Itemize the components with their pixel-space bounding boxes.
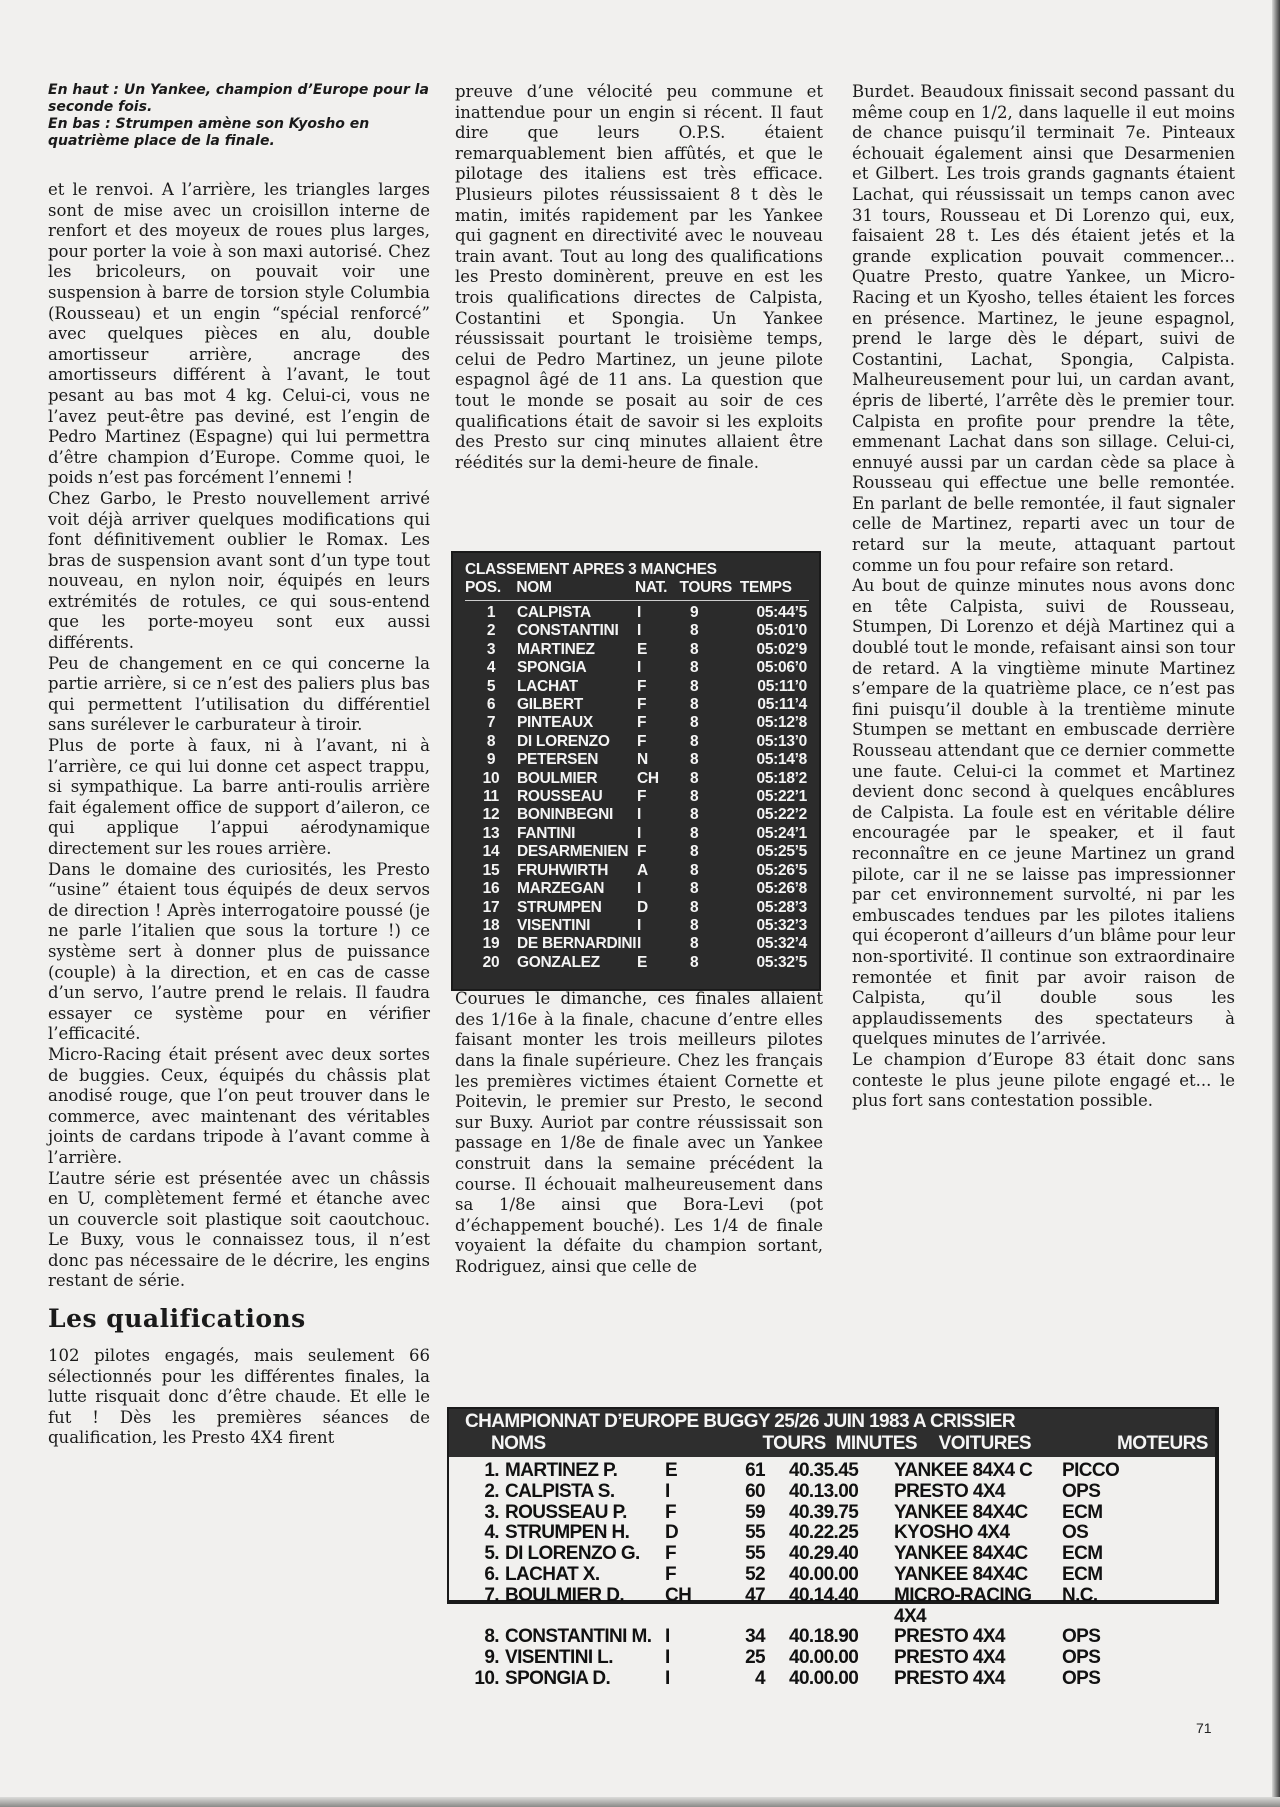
cell-rank: 10. (449, 1669, 505, 1690)
cell-moteur: PICCO (1062, 1461, 1142, 1482)
cell-moteur: OPS (1062, 1627, 1142, 1648)
cell-nat: CH (665, 1586, 715, 1628)
cell-minutes: 40.35.45 (789, 1461, 894, 1482)
cell-moteur: ECM (1062, 1565, 1142, 1586)
cell-minutes: 40.13.00 (789, 1482, 894, 1503)
cell-pos: 4 (465, 659, 517, 677)
cell-temps: 05:32’5 (737, 954, 807, 972)
cell-nat: E (637, 641, 682, 659)
cell-temps: 05:14’8 (737, 751, 807, 769)
cell-nom: MARTINEZ P. (505, 1461, 665, 1482)
cell-minutes: 40.00.00 (789, 1648, 894, 1669)
cell-temps: 05:12’8 (737, 714, 807, 732)
cell-voiture: YANKEE 84X4C (894, 1544, 1062, 1565)
cell-nat: F (637, 678, 682, 696)
cell-nom: PINTEAUX (517, 714, 637, 732)
cell-rank: 3. (449, 1503, 505, 1524)
cell-pos: 19 (465, 935, 517, 953)
cell-tours: 60 (715, 1482, 789, 1503)
cell-tours: 8 (682, 751, 737, 769)
cell-moteur: ECM (1062, 1544, 1142, 1565)
header-tours: TOURS (729, 1433, 836, 1455)
cell-tours: 8 (682, 641, 737, 659)
cell-temps: 05:26’5 (737, 862, 807, 880)
cell-minutes: 40.14.40 (789, 1586, 894, 1628)
header-minutes: MINUTES (836, 1433, 931, 1455)
cell-minutes: 40.00.00 (789, 1565, 894, 1586)
cell-nat: I (637, 806, 682, 824)
cell-nat: F (637, 843, 682, 861)
cell-nat: A (637, 862, 682, 880)
cell-nom: ROUSSEAU P. (505, 1503, 665, 1524)
cell-pos: 17 (465, 899, 517, 917)
cell-temps: 05:02’9 (737, 641, 807, 659)
photo-caption: En haut : Un Yankee, champion d’Europe p… (48, 82, 430, 150)
table-row: 11ROUSSEAUF805:22’1 (465, 788, 809, 806)
table-row: 4SPONGIAI805:06’0 (465, 659, 809, 677)
cell-nat: E (637, 954, 682, 972)
table-title: CHAMPIONNAT D’EUROPE BUGGY 25/26 JUIN 19… (465, 1411, 1207, 1433)
table-row: 3.ROUSSEAU P.F5940.39.75YANKEE 84X4CECM (449, 1503, 1215, 1524)
cell-nom: CONSTANTINI (517, 622, 637, 640)
cell-pos: 1 (465, 604, 517, 622)
cell-nat: F (637, 788, 682, 806)
cell-nom: CALPISTA S. (505, 1482, 665, 1503)
cell-tours: 34 (715, 1627, 789, 1648)
cell-temps: 05:32’4 (737, 935, 807, 953)
cell-temps: 05:11’4 (737, 696, 807, 714)
cell-nat: F (665, 1565, 715, 1586)
table-row: 19DE BERNARDINII805:32’4 (465, 935, 809, 953)
article-column-3: Burdet. Beaudoux finissait second passan… (852, 82, 1235, 1112)
cell-pos: 7 (465, 714, 517, 732)
table-row: 4.STRUMPEN H.D5540.22.25KYOSHO 4X4OS (449, 1523, 1215, 1544)
cell-minutes: 40.18.90 (789, 1627, 894, 1648)
table-title: CLASSEMENT APRES 3 MANCHES (465, 561, 809, 579)
cell-nom: LACHAT X. (505, 1565, 665, 1586)
paragraph: Micro-Racing était présent avec deux sor… (48, 1045, 430, 1169)
cell-temps: 05:13’0 (737, 733, 807, 751)
cell-temps: 05:06’0 (737, 659, 807, 677)
table-row: 8.CONSTANTINI M.I3440.18.90PRESTO 4X4OPS (449, 1627, 1215, 1648)
cell-tours: 8 (682, 917, 737, 935)
cell-nat: F (665, 1503, 715, 1524)
table-row: 5LACHATF805:11’0 (465, 678, 809, 696)
cell-rank: 4. (449, 1523, 505, 1544)
cell-tours: 8 (682, 843, 737, 861)
cell-pos: 14 (465, 843, 517, 861)
page-number: 71 (1196, 1720, 1212, 1736)
cell-tours: 8 (682, 733, 737, 751)
table-row: 12BONINBEGNII805:22’2 (465, 806, 809, 824)
cell-voiture: YANKEE 84X4C (894, 1503, 1062, 1524)
paragraph: preuve d’une vélocité peu commune et ina… (455, 82, 823, 473)
table-header-row: POS. NOM NAT. TOURS TEMPS (465, 579, 809, 601)
cell-moteur: OPS (1062, 1669, 1142, 1690)
cell-temps: 05:24’1 (737, 825, 807, 843)
cell-temps: 05:32’3 (737, 917, 807, 935)
table-body: 1.MARTINEZ P.E6140.35.45YANKEE 84X4 CPIC… (449, 1457, 1215, 1690)
cell-temps: 05:22’2 (737, 806, 807, 824)
paragraph: 102 pilotes engagés, mais seulement 66 s… (48, 1346, 430, 1449)
cell-tours: 8 (682, 696, 737, 714)
cell-tours: 4 (715, 1669, 789, 1690)
cell-nom: ROUSSEAU (517, 788, 637, 806)
cell-temps: 05:01’0 (737, 622, 807, 640)
paragraph: Burdet. Beaudoux finissait second passan… (852, 82, 1235, 576)
table-row: 10.SPONGIA D.I440.00.00PRESTO 4X4OPS (449, 1669, 1215, 1690)
cell-temps: 05:44’5 (737, 604, 807, 622)
section-heading-qualifications: Les qualifications (48, 1304, 430, 1334)
cell-voiture: PRESTO 4X4 (894, 1627, 1062, 1648)
cell-tours: 55 (715, 1523, 789, 1544)
paragraph: et le renvoi. A l’arrière, les triangles… (48, 180, 430, 489)
cell-voiture: KYOSHO 4X4 (894, 1523, 1062, 1544)
cell-tours: 8 (682, 862, 737, 880)
table-row: 7PINTEAUXF805:12’8 (465, 714, 809, 732)
paragraph: Plus de porte à faux, ni à l’avant, ni à… (48, 736, 430, 860)
cell-pos: 18 (465, 917, 517, 935)
table-row: 14DESARMENIENF805:25’5 (465, 843, 809, 861)
paragraph: Dans le domaine des curiosités, les Pres… (48, 860, 430, 1045)
cell-pos: 13 (465, 825, 517, 843)
cell-tours: 8 (682, 935, 737, 953)
table-row: 1CALPISTAI905:44’5 (465, 604, 809, 622)
cell-nom: CONSTANTINI M. (505, 1627, 665, 1648)
paragraph: Le champion d’Europe 83 était donc sans … (852, 1050, 1235, 1112)
table-header-row: NOMS TOURS MINUTES VOITURES MOTEURS (465, 1433, 1207, 1455)
table-row: 20GONZALEZE805:32’5 (465, 954, 809, 972)
cell-nom: MARZEGAN (517, 880, 637, 898)
cell-pos: 20 (465, 954, 517, 972)
cell-nom: DI LORENZO (517, 733, 637, 751)
paragraph: Chez Garbo, le Presto nouvellement arriv… (48, 489, 430, 654)
table-row: 7.BOULMIER D.CH4740.14.40MICRO-RACING 4X… (449, 1586, 1215, 1628)
header-temps: TEMPS (734, 579, 809, 597)
cell-nat: F (637, 696, 682, 714)
cell-rank: 5. (449, 1544, 505, 1565)
cell-temps: 05:26’8 (737, 880, 807, 898)
cell-pos: 11 (465, 788, 517, 806)
cell-pos: 15 (465, 862, 517, 880)
table-row: 15FRUHWIRTHA805:26’5 (465, 862, 809, 880)
cell-tours: 9 (682, 604, 737, 622)
paragraph: Au bout de quinze minutes nous avons don… (852, 576, 1235, 1050)
cell-nat: I (637, 880, 682, 898)
cell-nat: F (637, 714, 682, 732)
cell-moteur: ECM (1062, 1503, 1142, 1524)
cell-nat: I (637, 935, 682, 953)
cell-nom: GONZALEZ (517, 954, 637, 972)
qualification-standings-table: CLASSEMENT APRES 3 MANCHES POS. NOM NAT.… (451, 551, 821, 991)
cell-pos: 8 (465, 733, 517, 751)
cell-pos: 9 (465, 751, 517, 769)
cell-nom: PETERSEN (517, 751, 637, 769)
cell-voiture: PRESTO 4X4 (894, 1648, 1062, 1669)
cell-nom: FRUHWIRTH (517, 862, 637, 880)
cell-nom: FANTINI (517, 825, 637, 843)
cell-tours: 8 (682, 622, 737, 640)
table-row: 3MARTINEZE805:02’9 (465, 641, 809, 659)
cell-tours: 8 (682, 788, 737, 806)
cell-nom: DESARMENIEN (517, 843, 637, 861)
table-row: 9.VISENTINI L.I2540.00.00PRESTO 4X4OPS (449, 1648, 1215, 1669)
cell-nat: F (637, 733, 682, 751)
cell-nat: I (637, 604, 682, 622)
cell-nom: CALPISTA (517, 604, 637, 622)
cell-pos: 16 (465, 880, 517, 898)
cell-temps: 05:18’2 (737, 770, 807, 788)
caption-bottom: En bas : Strumpen amène son Kyosho en qu… (48, 116, 369, 149)
table-row: 18VISENTINII805:32’3 (465, 917, 809, 935)
table-row: 2.CALPISTA S.I6040.13.00PRESTO 4X4OPS (449, 1482, 1215, 1503)
cell-minutes: 40.39.75 (789, 1503, 894, 1524)
cell-tours: 47 (715, 1586, 789, 1628)
cell-tours: 55 (715, 1544, 789, 1565)
cell-nat: N (637, 751, 682, 769)
cell-tours: 8 (682, 714, 737, 732)
cell-pos: 6 (465, 696, 517, 714)
cell-voiture: MICRO-RACING 4X4 (894, 1586, 1062, 1628)
table-row: 6.LACHAT X.F5240.00.00YANKEE 84X4CECM (449, 1565, 1215, 1586)
page-bottom-edge (0, 1797, 1280, 1807)
cell-tours: 8 (682, 954, 737, 972)
table-row: 17STRUMPEND805:28’3 (465, 899, 809, 917)
header-pos: POS. (465, 579, 516, 597)
table-body: 1CALPISTAI905:44’52CONSTANTINII805:01’03… (465, 604, 809, 972)
cell-nom: BOULMIER (517, 770, 637, 788)
cell-nom: GILBERT (517, 696, 637, 714)
header-moteurs: MOTEURS (1117, 1433, 1207, 1455)
cell-tours: 25 (715, 1648, 789, 1669)
cell-nat: D (665, 1523, 715, 1544)
table-row: 9PETERSENN805:14’8 (465, 751, 809, 769)
cell-tours: 8 (682, 880, 737, 898)
cell-temps: 05:22’1 (737, 788, 807, 806)
cell-temps: 05:25’5 (737, 843, 807, 861)
table-row: 5.DI LORENZO G.F5540.29.40YANKEE 84X4CEC… (449, 1544, 1215, 1565)
final-results-table: CHAMPIONNAT D’EUROPE BUGGY 25/26 JUIN 19… (447, 1407, 1219, 1604)
table-row: 1.MARTINEZ P.E6140.35.45YANKEE 84X4 CPIC… (449, 1461, 1215, 1482)
cell-nom: VISENTINI (517, 917, 637, 935)
caption-top: En haut : Un Yankee, champion d’Europe p… (48, 82, 429, 115)
cell-nom: SPONGIA (517, 659, 637, 677)
cell-nat: I (665, 1669, 715, 1690)
cell-nat: F (665, 1544, 715, 1565)
cell-rank: 8. (449, 1627, 505, 1648)
cell-pos: 10 (465, 770, 517, 788)
header-nat: NAT. (635, 579, 679, 597)
cell-nom: DE BERNARDINI (517, 935, 637, 953)
cell-moteur: N.C. (1062, 1586, 1142, 1628)
cell-tours: 59 (715, 1503, 789, 1524)
cell-nom: DI LORENZO G. (505, 1544, 665, 1565)
cell-nat: I (637, 825, 682, 843)
cell-nom: VISENTINI L. (505, 1648, 665, 1669)
header-nom: NOM (516, 579, 635, 597)
cell-nat: I (665, 1648, 715, 1669)
cell-nat: I (637, 622, 682, 640)
cell-minutes: 40.29.40 (789, 1544, 894, 1565)
cell-nom: LACHAT (517, 678, 637, 696)
page-edge-shadow (1272, 0, 1280, 1807)
cell-tours: 8 (682, 678, 737, 696)
table-row: 13FANTINII805:24’1 (465, 825, 809, 843)
cell-tours: 8 (682, 806, 737, 824)
cell-nat: I (637, 917, 682, 935)
cell-pos: 3 (465, 641, 517, 659)
cell-nat: I (637, 659, 682, 677)
cell-pos: 12 (465, 806, 517, 824)
cell-nom: BONINBEGNI (517, 806, 637, 824)
cell-minutes: 40.22.25 (789, 1523, 894, 1544)
header-voitures: VOITURES (931, 1433, 1117, 1455)
cell-tours: 8 (682, 659, 737, 677)
cell-tours: 61 (715, 1461, 789, 1482)
header-tours: TOURS (679, 579, 733, 597)
cell-nat: D (637, 899, 682, 917)
table-row: 8DI LORENZOF805:13’0 (465, 733, 809, 751)
cell-tours: 8 (682, 770, 737, 788)
cell-nom: STRUMPEN (517, 899, 637, 917)
paragraph: Courues le dimanche, ces finales allaien… (455, 989, 823, 1277)
cell-voiture: PRESTO 4X4 (894, 1669, 1062, 1690)
cell-nat: I (665, 1627, 715, 1648)
cell-nat: I (665, 1482, 715, 1503)
cell-moteur: OPS (1062, 1648, 1142, 1669)
cell-rank: 6. (449, 1565, 505, 1586)
table-row: 6GILBERTF805:11’4 (465, 696, 809, 714)
cell-voiture: PRESTO 4X4 (894, 1482, 1062, 1503)
cell-nom: STRUMPEN H. (505, 1523, 665, 1544)
cell-rank: 2. (449, 1482, 505, 1503)
cell-rank: 1. (449, 1461, 505, 1482)
cell-tours: 8 (682, 899, 737, 917)
cell-temps: 05:28’3 (737, 899, 807, 917)
table-header: CHAMPIONNAT D’EUROPE BUGGY 25/26 JUIN 19… (449, 1409, 1215, 1457)
cell-rank: 9. (449, 1648, 505, 1669)
cell-temps: 05:11’0 (737, 678, 807, 696)
article-column-1: En haut : Un Yankee, champion d’Europe p… (48, 82, 430, 1449)
cell-pos: 2 (465, 622, 517, 640)
cell-pos: 5 (465, 678, 517, 696)
cell-nom: BOULMIER D. (505, 1586, 665, 1628)
cell-nom: MARTINEZ (517, 641, 637, 659)
cell-nat: CH (637, 770, 682, 788)
cell-minutes: 40.00.00 (789, 1669, 894, 1690)
cell-moteur: OPS (1062, 1482, 1142, 1503)
cell-nom: SPONGIA D. (505, 1669, 665, 1690)
cell-voiture: YANKEE 84X4 C (894, 1461, 1062, 1482)
cell-rank: 7. (449, 1586, 505, 1628)
table-row: 10BOULMIERCH805:18’2 (465, 770, 809, 788)
cell-tours: 8 (682, 825, 737, 843)
paragraph: L’autre série est présentée avec un châs… (48, 1169, 430, 1293)
table-row: 16MARZEGANI805:26’8 (465, 880, 809, 898)
cell-nat: E (665, 1461, 715, 1482)
table-row: 2CONSTANTINII805:01’0 (465, 622, 809, 640)
cell-tours: 52 (715, 1565, 789, 1586)
cell-voiture: YANKEE 84X4C (894, 1565, 1062, 1586)
header-noms: NOMS (465, 1433, 689, 1455)
paragraph: Peu de changement en ce qui concerne la … (48, 654, 430, 736)
cell-moteur: OS (1062, 1523, 1142, 1544)
